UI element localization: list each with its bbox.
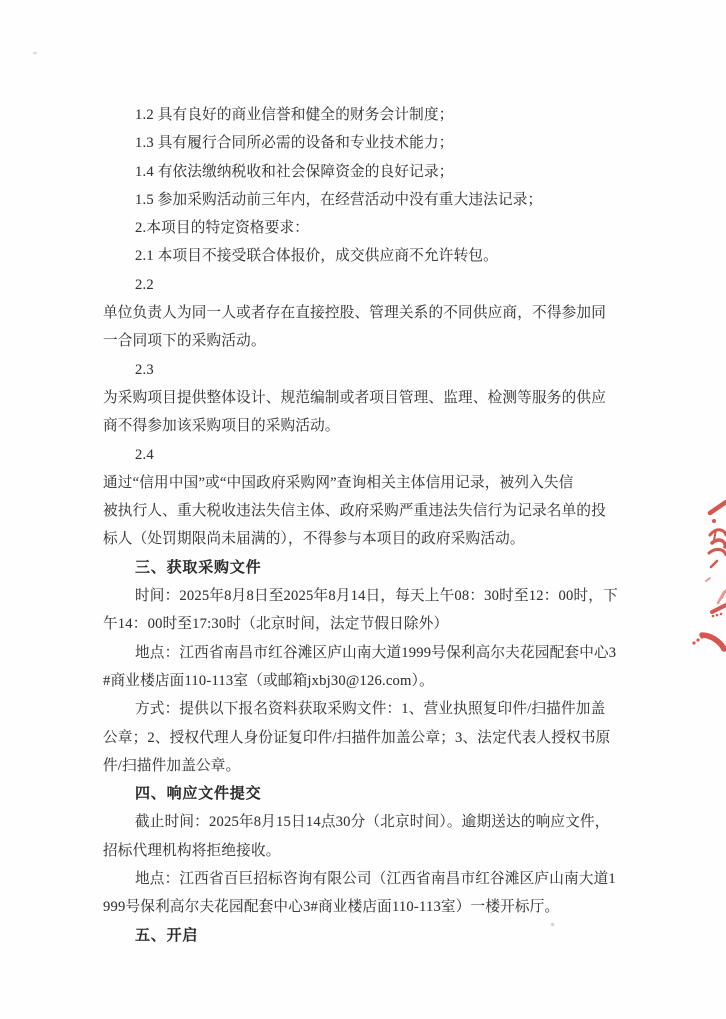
doc-line-para-2-3-b: 商不得参加该采购项目的采购活动。 xyxy=(103,412,683,440)
doc-line-submit-location-b: 999号保利高尔夫花园配套中心3#商业楼店面110-113室）一楼开标厅。 xyxy=(103,893,683,921)
doc-line-item-2-1: 2.1 本项目不接受联合体报价，成交供应商不允许转包。 xyxy=(103,242,683,270)
section-heading-opening: 五、开启 xyxy=(103,922,683,950)
document-body: 1.2 具有良好的商业信誉和健全的财务会计制度； 1.3 具有履行合同所必需的设… xyxy=(103,101,683,950)
doc-line-time-b: 午14：00时至17:30时（北京时间，法定节假日除外） xyxy=(103,610,683,638)
doc-line-location-b: #商业楼店面110-113室（或邮箱jxbj30@126.com）。 xyxy=(103,667,683,695)
doc-line-qualification-1-5: 1.5 参加采购活动前三年内，在经营活动中没有重大违法记录； xyxy=(103,186,683,214)
section-heading-obtain-documents: 三、获取采购文件 xyxy=(103,554,683,582)
doc-line-item-2-3: 2.3 xyxy=(103,356,683,384)
doc-line-qualification-1-3: 1.3 具有履行合同所必需的设备和专业技术能力； xyxy=(103,129,683,157)
doc-line-specific-requirements: 2.本项目的特定资格要求： xyxy=(103,214,683,242)
doc-line-para-2-2-b: 一合同项下的采购活动。 xyxy=(103,327,683,355)
scanned-document-page: 1.2 具有良好的商业信誉和健全的财务会计制度； 1.3 具有履行合同所必需的设… xyxy=(0,0,726,1019)
doc-line-item-2-2: 2.2 xyxy=(103,271,683,299)
doc-line-qualification-1-2: 1.2 具有良好的商业信誉和健全的财务会计制度； xyxy=(103,101,683,129)
doc-line-qualification-1-4: 1.4 有依法缴纳税收和社会保障资金的良好记录； xyxy=(103,158,683,186)
doc-line-deadline-a: 截止时间：2025年8月15日14点30分（北京时间）。逾期送达的响应文件， xyxy=(103,808,683,836)
doc-line-deadline-b: 招标代理机构将拒绝接收。 xyxy=(103,837,683,865)
red-seal-stamp-fragment-icon xyxy=(686,483,726,693)
doc-line-submit-location-a: 地点：江西省百巨招标咨询有限公司（江西省南昌市红谷滩区庐山南大道1 xyxy=(103,865,683,893)
doc-line-para-2-2-a: 单位负责人为同一人或者存在直接控股、管理关系的不同供应商，不得参加同 xyxy=(103,299,683,327)
section-heading-response-submission: 四、响应文件提交 xyxy=(103,780,683,808)
doc-line-method-b: 公章；2、授权代理人身份证复印件/扫描件加盖公章；3、法定代表人授权书原 xyxy=(103,724,683,752)
doc-line-method-a: 方式：提供以下报名资料获取采购文件：1、营业执照复印件/扫描件加盖 xyxy=(103,695,683,723)
scan-artifact-speck xyxy=(33,52,37,54)
doc-line-para-2-3-a: 为采购项目提供整体设计、规范编制或者项目管理、监理、检测等服务的供应 xyxy=(103,384,683,412)
doc-line-item-2-4: 2.4 xyxy=(103,441,683,469)
scan-artifact-speck xyxy=(551,923,554,926)
doc-line-time-a: 时间：2025年8月8日至2025年8月14日，每天上午08：30时至12：00… xyxy=(103,582,683,610)
doc-line-location-a: 地点：江西省南昌市红谷滩区庐山南大道1999号保利高尔夫花园配套中心3 xyxy=(103,639,683,667)
doc-line-method-c: 件/扫描件加盖公章。 xyxy=(103,752,683,780)
doc-line-para-2-4-b: 被执行人、重大税收违法失信主体、政府采购严重违法失信行为记录名单的投 xyxy=(103,497,683,525)
doc-line-para-2-4-a: 通过“信用中国”或“中国政府采购网”查询相关主体信用记录，被列入失信 xyxy=(103,469,683,497)
doc-line-para-2-4-c: 标人（处罚期限尚未届满的），不得参与本项目的政府采购活动。 xyxy=(103,525,683,553)
